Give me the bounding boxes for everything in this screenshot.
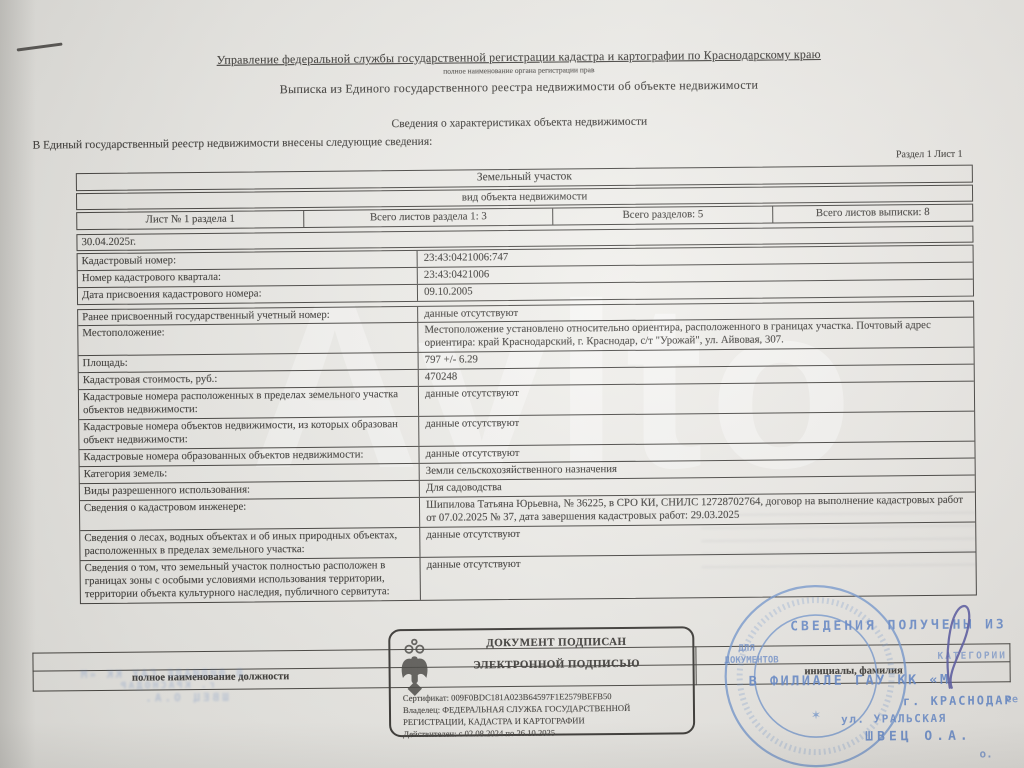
stamp-street-line: ул. УРАЛЬСКАЯ (841, 712, 947, 726)
intro-line: В Единый государственный реестр недвижим… (32, 136, 432, 152)
page-content: Управление федеральной службы государств… (0, 0, 1024, 768)
row-label: Сведения о том, что земельный участок по… (81, 558, 421, 603)
page-bleedthrough (701, 512, 977, 573)
meta-sheet: Лист № 1 раздела 1 (77, 211, 304, 229)
round-stamp-center-line2: ДОКУМЕНТОВ (724, 655, 778, 666)
row-label: Кадастровая стоимость, руб.: (79, 370, 419, 389)
row-value: Местоположение установлено относительно … (418, 318, 973, 352)
meta-sections: Всего разделов: 5 (553, 206, 773, 224)
pen-mark (17, 43, 63, 52)
handwritten-signature (927, 595, 998, 696)
esign-owner-line1: Владелец: ФЕДЕРАЛЬНАЯ СЛУЖБА ГОСУДАРСТВЕ… (403, 702, 685, 715)
section-title: Сведения о характеристиках объекта недви… (57, 112, 981, 133)
stamp-city-fragment: се (1006, 694, 1018, 705)
row-label: Площадь: (79, 353, 419, 372)
round-stamp-center-line1: ДЛЯ (738, 644, 754, 654)
row-label: Номер кадастрового квартала: (78, 268, 418, 287)
row-label: Категория земель: (80, 464, 420, 483)
meta-section-sheets: Всего листов раздела 1: 3 (304, 208, 553, 226)
row-label: Кадастровые номера объектов недвижимости… (79, 417, 419, 449)
esign-validity: Действителен: с 02.08.2024 по 26.10.2025 (403, 726, 685, 739)
row-value: данные отсутствуют (419, 412, 974, 446)
row-label: Кадастровый номер: (78, 251, 418, 270)
esign-stamp-box: ДОКУМЕНТ ПОДПИСАН ЭЛЕКТРОННОЙ ПОДПИСЬЮ С… (388, 626, 695, 737)
row-label: Ранее присвоенный государственный учетны… (78, 306, 418, 325)
sheet-label: Раздел 1 Лист 1 (896, 149, 963, 161)
stamp-branch-line: В ФИЛИАЛЕ ГАУ КК «М (749, 672, 951, 690)
doc-title: Выписка из Единого государственного реес… (57, 75, 981, 99)
esign-title-line1: ДОКУМЕНТ ПОДПИСАН (430, 635, 682, 649)
stamp-name-line: ШВЕЦ О.А. (865, 729, 972, 745)
svg-text:✶: ✶ (811, 708, 821, 722)
stamp-bottom-fragment: о. (979, 747, 992, 760)
meta-total-sheets: Всего листов выписки: 8 (773, 204, 972, 222)
row-label: Местоположение: (78, 323, 418, 355)
esign-owner-line2: РЕГИСТРАЦИИ, КАДАСТРА И КАРТОГРАФИИ (403, 714, 685, 727)
id-rows-box: Кадастровый номер: 23:43:0421006:747 Ном… (77, 244, 974, 304)
row-label: Виды разрешенного использования: (80, 481, 420, 500)
row-label: Дата присвоения кадастрового номера: (78, 284, 418, 303)
row-value: данные отсутствуют (419, 382, 974, 416)
esign-certificate: Сертификат: 009F0BDC181A023B64597F1E2579… (403, 690, 685, 703)
bleedthrough-line: ШВЕЦ О.А. (13, 691, 229, 706)
signature-band-divider (695, 646, 696, 685)
bleedthrough-stamp: В ФИЛИАЛЕ ГАУ КК «М г. КРАСНОДАР ШВЕЦ О.… (13, 667, 243, 706)
row-label: Кадастровые номера образованных объектов… (79, 447, 419, 466)
esign-title-line2: ЭЛЕКТРОННОЙ ПОДПИСЬЮ (430, 657, 682, 671)
signature-band-right-edge (1009, 643, 1010, 682)
row-label: Кадастровые номера расположенных в преде… (79, 387, 419, 419)
row-label: Сведения о кадастровом инженере: (80, 498, 420, 530)
row-label: Сведения о лесах, водных объектах и об и… (80, 528, 420, 560)
document-photo: Avito Управление федеральной службы госу… (0, 0, 1024, 768)
